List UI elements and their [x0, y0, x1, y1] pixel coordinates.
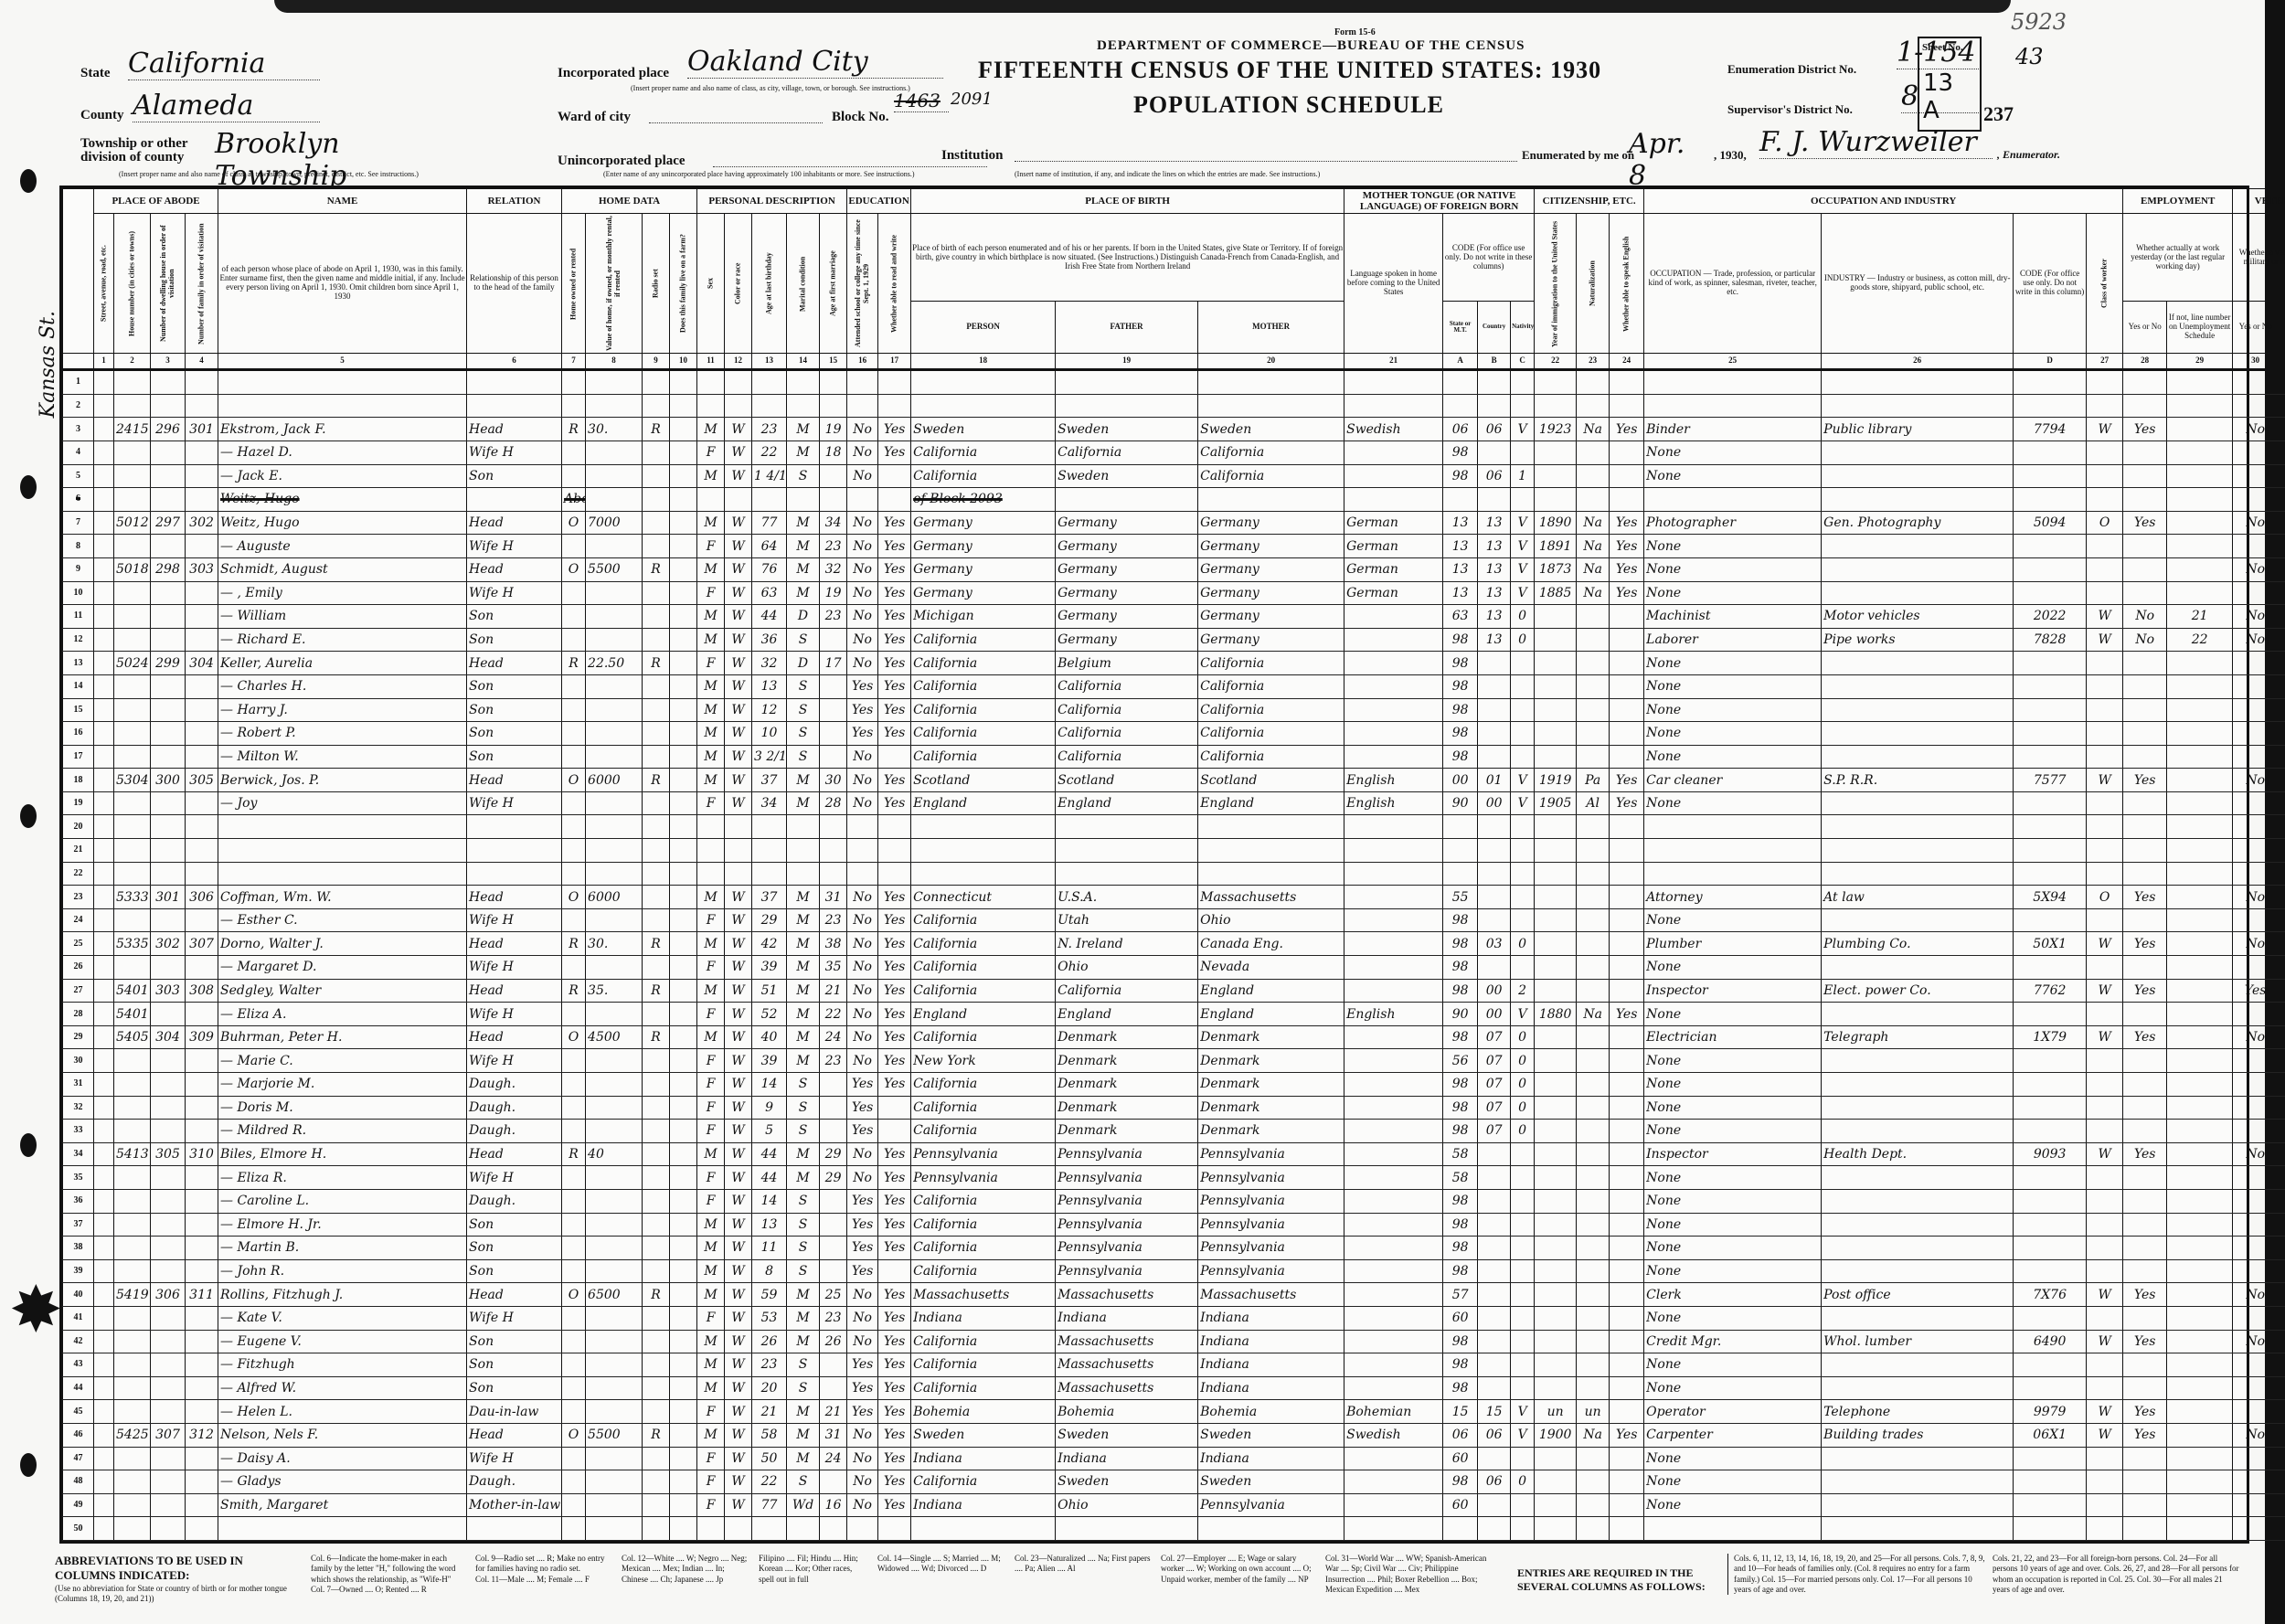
- cell-cA[interactable]: 98: [1443, 698, 1478, 722]
- cell-unemp[interactable]: [2167, 908, 2233, 932]
- cell-english[interactable]: [1610, 862, 1644, 886]
- cell-pob-mother[interactable]: Indiana: [1198, 1353, 1344, 1377]
- cell-age-marr[interactable]: 23: [820, 908, 847, 932]
- cell-age[interactable]: 42: [752, 932, 787, 956]
- cell-war[interactable]: [2279, 722, 2285, 746]
- cell-occupation[interactable]: None: [1644, 956, 1822, 980]
- cell-sex[interactable]: [697, 862, 725, 886]
- cell-vet[interactable]: [2233, 1517, 2279, 1541]
- township-field[interactable]: Brooklyn Township: [215, 128, 416, 193]
- cell-house[interactable]: 5333: [114, 886, 151, 909]
- cell-nat[interactable]: [1577, 1517, 1610, 1541]
- cell-english[interactable]: [1610, 1330, 1644, 1353]
- cell-radio[interactable]: [643, 488, 670, 512]
- cell-school[interactable]: Yes: [847, 722, 878, 746]
- cell-immig[interactable]: 1890: [1535, 511, 1577, 535]
- cell-school[interactable]: No: [847, 511, 878, 535]
- cell-occupation[interactable]: Laborer: [1644, 628, 1822, 652]
- cell-owned[interactable]: [562, 862, 586, 886]
- cell-nat[interactable]: [1577, 1259, 1610, 1283]
- cell-cB[interactable]: 13: [1478, 557, 1511, 581]
- cell-radio[interactable]: [643, 862, 670, 886]
- cell-war[interactable]: [2279, 464, 2285, 488]
- cell-marital[interactable]: D: [787, 652, 820, 675]
- cell-value[interactable]: 22.50: [586, 652, 643, 675]
- cell-sex[interactable]: M: [697, 769, 725, 792]
- cell-industry[interactable]: [1822, 1189, 2014, 1213]
- cell-unemp[interactable]: [2167, 769, 2233, 792]
- cell-unemp[interactable]: [2167, 652, 2233, 675]
- cell-war[interactable]: [2279, 440, 2285, 464]
- cell-read[interactable]: Yes: [878, 791, 911, 815]
- cell-dwelling[interactable]: [151, 1213, 186, 1237]
- cell-house[interactable]: [114, 1330, 151, 1353]
- cell-owned[interactable]: [562, 1353, 586, 1377]
- cell-race[interactable]: W: [725, 674, 752, 698]
- cell-value[interactable]: [586, 370, 643, 395]
- cell-cB[interactable]: [1478, 956, 1511, 980]
- cell-dwelling[interactable]: 302: [151, 932, 186, 956]
- cell-age-marr[interactable]: 38: [820, 932, 847, 956]
- cell-cC[interactable]: 0: [1511, 1049, 1535, 1073]
- cell-english[interactable]: [1610, 1166, 1644, 1190]
- cell-school[interactable]: No: [847, 1306, 878, 1330]
- cell-class[interactable]: [2087, 581, 2123, 605]
- cell-dwelling[interactable]: [151, 698, 186, 722]
- cell-farm[interactable]: [670, 1283, 697, 1307]
- cell-unemp[interactable]: [2167, 394, 2233, 418]
- cell-war[interactable]: [2279, 1493, 2285, 1517]
- cell-name[interactable]: Ekstrom, Jack F.: [218, 418, 467, 441]
- cell-cB[interactable]: 07: [1478, 1120, 1511, 1143]
- cell-age[interactable]: [752, 370, 787, 395]
- cell-occupation[interactable]: Binder: [1644, 418, 1822, 441]
- cell-vet[interactable]: [2233, 1376, 2279, 1400]
- cell-dwelling[interactable]: [151, 791, 186, 815]
- cell-cC[interactable]: V: [1511, 791, 1535, 815]
- cell-dwelling[interactable]: [151, 1166, 186, 1190]
- cell-vet[interactable]: [2233, 370, 2279, 395]
- cell-class[interactable]: [2087, 1259, 2123, 1283]
- cell-pob[interactable]: England: [911, 791, 1056, 815]
- cell-occupation[interactable]: None: [1644, 1237, 1822, 1260]
- cell-marital[interactable]: M: [787, 1306, 820, 1330]
- enumerated-date-field[interactable]: Apr. 8: [1629, 128, 1711, 193]
- cell-age-marr[interactable]: 16: [820, 1493, 847, 1517]
- cell-age-marr[interactable]: [820, 1213, 847, 1237]
- cell-cC[interactable]: [1511, 1306, 1535, 1330]
- cell-language[interactable]: [1344, 745, 1443, 769]
- cell-street[interactable]: [94, 1306, 114, 1330]
- cell-industry[interactable]: [1822, 1049, 2014, 1073]
- cell-nat[interactable]: Na: [1577, 418, 1610, 441]
- cell-sex[interactable]: M: [697, 1237, 725, 1260]
- cell-race[interactable]: W: [725, 1447, 752, 1470]
- cell-class[interactable]: W: [2087, 932, 2123, 956]
- cell-family[interactable]: [186, 791, 218, 815]
- cell-street[interactable]: [94, 1517, 114, 1541]
- cell-street[interactable]: [94, 605, 114, 629]
- cell-language[interactable]: [1344, 1237, 1443, 1260]
- cell-nat[interactable]: Na: [1577, 581, 1610, 605]
- cell-relation[interactable]: Daugh.: [467, 1120, 562, 1143]
- cell-marital[interactable]: M: [787, 1049, 820, 1073]
- cell-sex[interactable]: M: [697, 511, 725, 535]
- cell-street[interactable]: [94, 1213, 114, 1237]
- cell-marital[interactable]: M: [787, 932, 820, 956]
- cell-name[interactable]: Coffman, Wm. W.: [218, 886, 467, 909]
- cell-school[interactable]: Yes: [847, 1376, 878, 1400]
- cell-race[interactable]: W: [725, 979, 752, 1003]
- cell-industry[interactable]: [1822, 1096, 2014, 1120]
- cell-owned[interactable]: [562, 1096, 586, 1120]
- cell-relation[interactable]: Dau-in-law: [467, 1400, 562, 1424]
- cell-immig[interactable]: un: [1535, 1400, 1577, 1424]
- cell-owned[interactable]: [562, 628, 586, 652]
- cell-age-marr[interactable]: [820, 370, 847, 395]
- cell-read[interactable]: [878, 1517, 911, 1541]
- cell-cB[interactable]: [1478, 815, 1511, 839]
- cell-vet[interactable]: [2233, 815, 2279, 839]
- cell-age-marr[interactable]: 19: [820, 418, 847, 441]
- cell-race[interactable]: W: [725, 886, 752, 909]
- cell-house[interactable]: [114, 1166, 151, 1190]
- cell-class[interactable]: W: [2087, 769, 2123, 792]
- cell-language[interactable]: [1344, 1096, 1443, 1120]
- cell-cC[interactable]: [1511, 1376, 1535, 1400]
- cell-nat[interactable]: [1577, 488, 1610, 512]
- cell-work[interactable]: [2123, 815, 2167, 839]
- cell-immig[interactable]: [1535, 1517, 1577, 1541]
- cell-war[interactable]: [2279, 1237, 2285, 1260]
- cell-occupation[interactable]: None: [1644, 581, 1822, 605]
- cell-pob-father[interactable]: [1056, 815, 1198, 839]
- cell-war[interactable]: [2279, 628, 2285, 652]
- cell-age-marr[interactable]: [820, 628, 847, 652]
- cell-radio[interactable]: [643, 605, 670, 629]
- cell-industry[interactable]: Public library: [1822, 418, 2014, 441]
- cell-marital[interactable]: S: [787, 1353, 820, 1377]
- cell-name[interactable]: [218, 862, 467, 886]
- cell-vet[interactable]: [2233, 1306, 2279, 1330]
- cell-unemp[interactable]: [2167, 722, 2233, 746]
- cell-pob[interactable]: Indiana: [911, 1493, 1056, 1517]
- cell-age[interactable]: 1 4/12: [752, 464, 787, 488]
- cell-family[interactable]: [186, 1003, 218, 1026]
- cell-cB[interactable]: [1478, 370, 1511, 395]
- cell-owned[interactable]: [562, 440, 586, 464]
- cell-unemp[interactable]: [2167, 815, 2233, 839]
- county-field[interactable]: Alameda: [133, 90, 320, 122]
- cell-pob-father[interactable]: [1056, 839, 1198, 863]
- cell-owned[interactable]: [562, 535, 586, 558]
- cell-unemp[interactable]: [2167, 1142, 2233, 1166]
- cell-age-marr[interactable]: [820, 1517, 847, 1541]
- cell-read[interactable]: Yes: [878, 932, 911, 956]
- cell-read[interactable]: Yes: [878, 722, 911, 746]
- cell-name[interactable]: — Esther C.: [218, 908, 467, 932]
- cell-english[interactable]: [1610, 698, 1644, 722]
- cell-industry[interactable]: Gen. Photography: [1822, 511, 2014, 535]
- cell-dwelling[interactable]: 305: [151, 1142, 186, 1166]
- cell-cB[interactable]: [1478, 1306, 1511, 1330]
- cell-industry[interactable]: At law: [1822, 886, 2014, 909]
- cell-name[interactable]: — , Emily: [218, 581, 467, 605]
- cell-read[interactable]: Yes: [878, 511, 911, 535]
- cell-marital[interactable]: S: [787, 1470, 820, 1494]
- cell-pob-mother[interactable]: [1198, 839, 1344, 863]
- cell-cA[interactable]: 98: [1443, 1376, 1478, 1400]
- cell-language[interactable]: [1344, 1306, 1443, 1330]
- cell-radio[interactable]: [643, 1049, 670, 1073]
- cell-language[interactable]: Swedish: [1344, 418, 1443, 441]
- cell-radio[interactable]: [643, 745, 670, 769]
- cell-war[interactable]: [2279, 557, 2285, 581]
- cell-school[interactable]: No: [847, 1447, 878, 1470]
- cell-age[interactable]: 21: [752, 1400, 787, 1424]
- cell-unemp[interactable]: [2167, 1400, 2233, 1424]
- cell-dwelling[interactable]: 307: [151, 1423, 186, 1447]
- cell-race[interactable]: W: [725, 1049, 752, 1073]
- cell-sex[interactable]: F: [697, 1096, 725, 1120]
- cell-family[interactable]: [186, 394, 218, 418]
- cell-name[interactable]: Buhrman, Peter H.: [218, 1025, 467, 1049]
- cell-age[interactable]: 39: [752, 1049, 787, 1073]
- cell-owned[interactable]: [562, 464, 586, 488]
- cell-age[interactable]: 14: [752, 1189, 787, 1213]
- cell-class[interactable]: O: [2087, 511, 2123, 535]
- cell-pob-father[interactable]: Germany: [1056, 535, 1198, 558]
- cell-war[interactable]: [2279, 862, 2285, 886]
- cell-nat[interactable]: [1577, 1189, 1610, 1213]
- cell-relation[interactable]: [467, 488, 562, 512]
- cell-vet[interactable]: [2233, 862, 2279, 886]
- cell-english[interactable]: [1610, 722, 1644, 746]
- cell-dwelling[interactable]: [151, 581, 186, 605]
- cell-pob[interactable]: California: [911, 1096, 1056, 1120]
- cell-street[interactable]: [94, 1189, 114, 1213]
- cell-house[interactable]: 5018: [114, 557, 151, 581]
- cell-immig[interactable]: [1535, 1447, 1577, 1470]
- cell-pob[interactable]: California: [911, 652, 1056, 675]
- cell-radio[interactable]: [643, 628, 670, 652]
- cell-war[interactable]: [2279, 1470, 2285, 1494]
- cell-pob[interactable]: of Block 2093: [911, 488, 1056, 512]
- cell-cC[interactable]: 0: [1511, 628, 1535, 652]
- cell-street[interactable]: [94, 1049, 114, 1073]
- cell-war[interactable]: [2279, 1213, 2285, 1237]
- cell-unemp[interactable]: [2167, 1517, 2233, 1541]
- cell-house[interactable]: [114, 1213, 151, 1237]
- cell-value[interactable]: [586, 1330, 643, 1353]
- cell-owned[interactable]: [562, 1493, 586, 1517]
- cell-relation[interactable]: Head: [467, 652, 562, 675]
- cell-read[interactable]: Yes: [878, 1213, 911, 1237]
- cell-code[interactable]: 7X76: [2014, 1283, 2087, 1307]
- cell-sex[interactable]: F: [697, 1049, 725, 1073]
- cell-language[interactable]: [1344, 722, 1443, 746]
- cell-code[interactable]: [2014, 1376, 2087, 1400]
- cell-school[interactable]: Yes: [847, 1120, 878, 1143]
- cell-industry[interactable]: [1822, 722, 2014, 746]
- cell-pob[interactable]: New York: [911, 1049, 1056, 1073]
- cell-cC[interactable]: [1511, 440, 1535, 464]
- cell-code[interactable]: [2014, 535, 2087, 558]
- cell-pob-mother[interactable]: Denmark: [1198, 1025, 1344, 1049]
- cell-marital[interactable]: S: [787, 1237, 820, 1260]
- cell-dwelling[interactable]: [151, 628, 186, 652]
- cell-pob-mother[interactable]: Indiana: [1198, 1447, 1344, 1470]
- cell-unemp[interactable]: [2167, 1470, 2233, 1494]
- cell-pob-mother[interactable]: Germany: [1198, 535, 1344, 558]
- cell-marital[interactable]: S: [787, 464, 820, 488]
- cell-unemp[interactable]: [2167, 745, 2233, 769]
- cell-read[interactable]: Yes: [878, 557, 911, 581]
- cell-owned[interactable]: O: [562, 1025, 586, 1049]
- cell-industry[interactable]: [1822, 1306, 2014, 1330]
- cell-war[interactable]: [2279, 1283, 2285, 1307]
- cell-read[interactable]: Yes: [878, 769, 911, 792]
- cell-vet[interactable]: [2233, 488, 2279, 512]
- cell-age[interactable]: 50: [752, 1447, 787, 1470]
- cell-radio[interactable]: [643, 815, 670, 839]
- cell-owned[interactable]: [562, 674, 586, 698]
- cell-cA[interactable]: 98: [1443, 1470, 1478, 1494]
- cell-read[interactable]: Yes: [878, 1142, 911, 1166]
- cell-name[interactable]: [218, 815, 467, 839]
- cell-relation[interactable]: [467, 394, 562, 418]
- cell-immig[interactable]: [1535, 1330, 1577, 1353]
- cell-farm[interactable]: [670, 908, 697, 932]
- cell-class[interactable]: [2087, 862, 2123, 886]
- cell-code[interactable]: [2014, 1049, 2087, 1073]
- cell-cC[interactable]: 0: [1511, 1025, 1535, 1049]
- cell-immig[interactable]: [1535, 815, 1577, 839]
- cell-owned[interactable]: [562, 1259, 586, 1283]
- cell-cC[interactable]: V: [1511, 418, 1535, 441]
- cell-occupation[interactable]: None: [1644, 908, 1822, 932]
- cell-cB[interactable]: [1478, 440, 1511, 464]
- cell-school[interactable]: No: [847, 1025, 878, 1049]
- cell-cA[interactable]: 56: [1443, 1049, 1478, 1073]
- cell-owned[interactable]: [562, 605, 586, 629]
- cell-class[interactable]: [2087, 1003, 2123, 1026]
- institution-field[interactable]: [1015, 161, 1517, 162]
- cell-work[interactable]: No: [2123, 628, 2167, 652]
- cell-cC[interactable]: [1511, 1517, 1535, 1541]
- cell-owned[interactable]: [562, 370, 586, 395]
- cell-pob-father[interactable]: Massachusetts: [1056, 1283, 1198, 1307]
- cell-language[interactable]: German: [1344, 535, 1443, 558]
- cell-read[interactable]: Yes: [878, 581, 911, 605]
- cell-sex[interactable]: M: [697, 628, 725, 652]
- cell-pob[interactable]: California: [911, 1376, 1056, 1400]
- cell-work[interactable]: [2123, 1306, 2167, 1330]
- cell-house[interactable]: [114, 815, 151, 839]
- cell-cA[interactable]: 98: [1443, 908, 1478, 932]
- cell-name[interactable]: — Margaret D.: [218, 956, 467, 980]
- cell-pob-father[interactable]: Pennsylvania: [1056, 1189, 1198, 1213]
- cell-age-marr[interactable]: 18: [820, 440, 847, 464]
- cell-nat[interactable]: Na: [1577, 535, 1610, 558]
- cell-pob[interactable]: [911, 815, 1056, 839]
- cell-read[interactable]: [878, 815, 911, 839]
- cell-name[interactable]: — Helen L.: [218, 1400, 467, 1424]
- cell-sex[interactable]: M: [697, 745, 725, 769]
- cell-work[interactable]: [2123, 1049, 2167, 1073]
- cell-war[interactable]: [2279, 956, 2285, 980]
- cell-radio[interactable]: [643, 1073, 670, 1097]
- cell-street[interactable]: [94, 464, 114, 488]
- cell-work[interactable]: [2123, 839, 2167, 863]
- cell-english[interactable]: [1610, 908, 1644, 932]
- cell-relation[interactable]: Wife H: [467, 1003, 562, 1026]
- cell-language[interactable]: [1344, 1353, 1443, 1377]
- cell-value[interactable]: [586, 1400, 643, 1424]
- cell-value[interactable]: [586, 1189, 643, 1213]
- cell-industry[interactable]: [1822, 652, 2014, 675]
- cell-radio[interactable]: [643, 1517, 670, 1541]
- cell-nat[interactable]: [1577, 956, 1610, 980]
- cell-pob-father[interactable]: Denmark: [1056, 1025, 1198, 1049]
- cell-school[interactable]: No: [847, 652, 878, 675]
- cell-pob-father[interactable]: England: [1056, 791, 1198, 815]
- cell-code[interactable]: [2014, 1237, 2087, 1260]
- cell-radio[interactable]: R: [643, 1283, 670, 1307]
- cell-pob[interactable]: California: [911, 979, 1056, 1003]
- cell-occupation[interactable]: None: [1644, 1306, 1822, 1330]
- cell-industry[interactable]: [1822, 1353, 2014, 1377]
- cell-pob-mother[interactable]: Sweden: [1198, 418, 1344, 441]
- cell-race[interactable]: W: [725, 464, 752, 488]
- cell-age-marr[interactable]: [820, 1353, 847, 1377]
- cell-pob-father[interactable]: Sweden: [1056, 1470, 1198, 1494]
- cell-vet[interactable]: [2233, 1353, 2279, 1377]
- cell-owned[interactable]: [562, 1376, 586, 1400]
- cell-read[interactable]: Yes: [878, 1330, 911, 1353]
- cell-age-marr[interactable]: 23: [820, 605, 847, 629]
- cell-radio[interactable]: R: [643, 652, 670, 675]
- cell-name[interactable]: — Eliza R.: [218, 1166, 467, 1190]
- cell-pob[interactable]: Massachusetts: [911, 1283, 1056, 1307]
- cell-code[interactable]: [2014, 1447, 2087, 1470]
- cell-family[interactable]: 303: [186, 557, 218, 581]
- cell-school[interactable]: No: [847, 605, 878, 629]
- cell-relation[interactable]: [467, 862, 562, 886]
- cell-farm[interactable]: [670, 1120, 697, 1143]
- cell-name[interactable]: — Marjorie M.: [218, 1073, 467, 1097]
- cell-family[interactable]: [186, 1259, 218, 1283]
- cell-nat[interactable]: un: [1577, 1400, 1610, 1424]
- cell-cA[interactable]: 13: [1443, 581, 1478, 605]
- cell-industry[interactable]: Plumbing Co.: [1822, 932, 2014, 956]
- cell-value[interactable]: [586, 1353, 643, 1377]
- cell-radio[interactable]: [643, 722, 670, 746]
- cell-vet[interactable]: No: [2233, 418, 2279, 441]
- cell-code[interactable]: [2014, 956, 2087, 980]
- cell-immig[interactable]: 1873: [1535, 557, 1577, 581]
- cell-owned[interactable]: [562, 1003, 586, 1026]
- cell-house[interactable]: [114, 1237, 151, 1260]
- cell-english[interactable]: [1610, 464, 1644, 488]
- cell-age-marr[interactable]: 23: [820, 535, 847, 558]
- cell-radio[interactable]: [643, 1096, 670, 1120]
- cell-immig[interactable]: [1535, 1120, 1577, 1143]
- cell-relation[interactable]: Wife H: [467, 440, 562, 464]
- cell-work[interactable]: [2123, 722, 2167, 746]
- cell-street[interactable]: [94, 440, 114, 464]
- cell-occupation[interactable]: None: [1644, 1447, 1822, 1470]
